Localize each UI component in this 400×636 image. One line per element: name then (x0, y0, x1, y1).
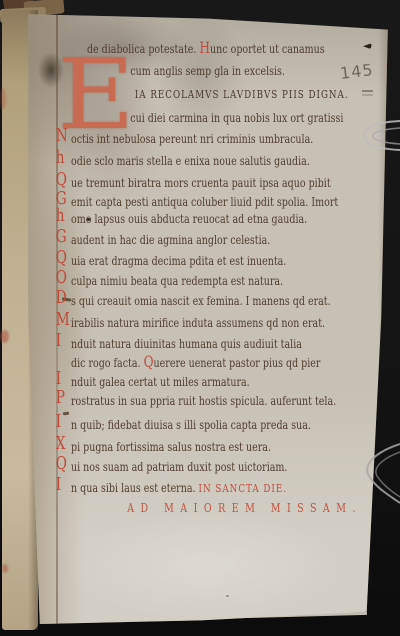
text-segment: rostratus in sua ppria ruit hostis spicu… (71, 393, 336, 408)
text-segment: pi pugna fortissima salus nostra est uer… (71, 439, 271, 454)
text-segment: n qua sibi laus est eterna. (71, 480, 199, 495)
photo-stage: E de diabolica potestate. Hunc oportet u… (0, 0, 400, 636)
text-segment: s qui creauit omia nascit ex femina. I m… (71, 293, 331, 308)
text-line: Oculpa nimiu beata qua redempta est natu… (71, 273, 384, 288)
text-line: hodie sclo maris stella e enixa noue sal… (71, 153, 384, 168)
text-line: cui diei carmina in qua nobis lux ort gr… (71, 110, 400, 125)
text-line: dic rogo facta. Querere uenerat pastor p… (71, 354, 384, 370)
versal-initial: X (56, 436, 66, 451)
text-line: Quia erat dragma decima pdita et est inu… (71, 253, 384, 268)
versal-initial: G (56, 229, 67, 244)
red-bleed-mark (0, 330, 9, 343)
text-line: Noctis int nebulosa pereunt nri criminis… (71, 131, 384, 146)
versal-initial: I (56, 414, 61, 429)
text-segment: ue tremunt biratra mors cruenta pauit ip… (71, 175, 331, 190)
text-segment: uia erat dragma decima pdita et est inue… (71, 253, 286, 268)
versal-initial: I (56, 333, 61, 348)
text-segment: octis int nebulosa pereunt nri criminis … (71, 131, 313, 146)
text-line: Induit natura diuinitas humana quis audi… (71, 336, 384, 351)
text-line: Prostratus in sua ppria ruit hostis spic… (71, 393, 384, 408)
text-segment: dic rogo facta. (71, 355, 144, 370)
versal-initial: Q (56, 456, 67, 471)
text-segment: audent in hac die agmina anglor celestia… (71, 232, 270, 247)
text-line: Gaudent in hac die agmina anglor celesti… (71, 232, 384, 247)
text-segment: de diabolica potestate. (87, 41, 199, 56)
text-segment: cui diei carmina in qua nobis lux ort gr… (130, 110, 343, 125)
pencil-dash (362, 90, 373, 92)
text-line: AD MAIOREM MISSAM. (71, 500, 400, 515)
text-line: Xpi pugna fortissima salus nostra est ue… (71, 439, 384, 454)
text-segment: uerere uenerat pastor pius qd pier (154, 355, 321, 370)
text-segment: n quib; fidebat diuisa s illi spolia cap… (71, 417, 311, 432)
text-line: In qua sibi laus est eterna. IN SANCTA D… (71, 480, 384, 496)
text-line: Gemit capta pesti antiqua coluber liuid … (71, 194, 384, 209)
manuscript-page: E de diabolica potestate. Hunc oportet u… (26, 10, 390, 624)
rubric-segment: In pmo ma (386, 63, 400, 78)
versal-initial: P (56, 390, 65, 405)
text-line: In quib; fidebat diuisa s illi spolia ca… (71, 417, 384, 432)
versal-initial: O (56, 270, 67, 285)
text-block: de diabolica potestate. Hunc oportet ut … (26, 10, 390, 624)
versal-initial: G (56, 191, 67, 206)
rubric-segment: AD MAIOREM MISSAM. (127, 500, 362, 515)
versal-initial: h (56, 150, 65, 165)
text-line: homo lapsus ouis abducta reuocat ad etna… (71, 211, 384, 226)
text-segment: culpa nimiu beata qua redempta est natur… (71, 273, 283, 288)
rubric-segment: H (199, 38, 210, 57)
versal-initial: N (56, 128, 68, 143)
text-segment: ui nos suam ad patriam duxit post uictor… (71, 459, 287, 474)
text-line: Qui nos suam ad patriam duxit post uicto… (71, 459, 384, 474)
text-segment: nduit galea certat ut miles armatura. (71, 374, 250, 389)
red-bleed-mark (2, 564, 8, 573)
text-segment: nduit natura diuinitas humana quis audiu… (71, 336, 302, 351)
versal-initial: h (56, 208, 65, 223)
text-line: IA RECOLAMVS LAVDIBVS PIIS DIGNA. (71, 86, 400, 102)
versal-initial: I (56, 371, 61, 386)
red-bleed-mark (0, 88, 6, 110)
folio-number: 145 (339, 60, 375, 83)
versal-initial: Q (56, 250, 67, 265)
text-segment: omo lapsus ouis abducta reuocat ad etna … (71, 211, 307, 226)
text-line: de diabolica potestate. Hunc oportet ut … (71, 40, 400, 56)
text-segment: IA RECOLAMVS LAVDIBVS PIIS DIGNA. (135, 87, 349, 101)
rubric-segment: IN SANCTA DIE. (199, 481, 287, 495)
text-segment: unc oportet ut canamus (210, 41, 325, 56)
versal-initial: M (56, 312, 70, 327)
text-line: Que tremunt biratra mors cruenta pauit i… (71, 175, 384, 190)
text-line: Mirabilis natura mirifice induta assumen… (71, 315, 384, 330)
versal-initial: D (56, 290, 67, 305)
text-segment: emit capta pesti antiqua coluber liuid p… (71, 194, 338, 209)
text-segment: cum anglis semp gla in excelsis. (130, 63, 285, 78)
rubric-segment: Q (144, 352, 154, 371)
text-line: Ds qui creauit omia nascit ex femina. I … (71, 293, 384, 308)
text-segment: irabilis natura mirifice induta assumens… (71, 315, 325, 330)
versal-initial: I (56, 477, 61, 492)
versal-initial: Q (56, 172, 67, 187)
text-line: Induit galea certat ut miles armatura. (71, 374, 384, 389)
text-segment: odie sclo maris stella e enixa noue salu… (71, 153, 310, 168)
